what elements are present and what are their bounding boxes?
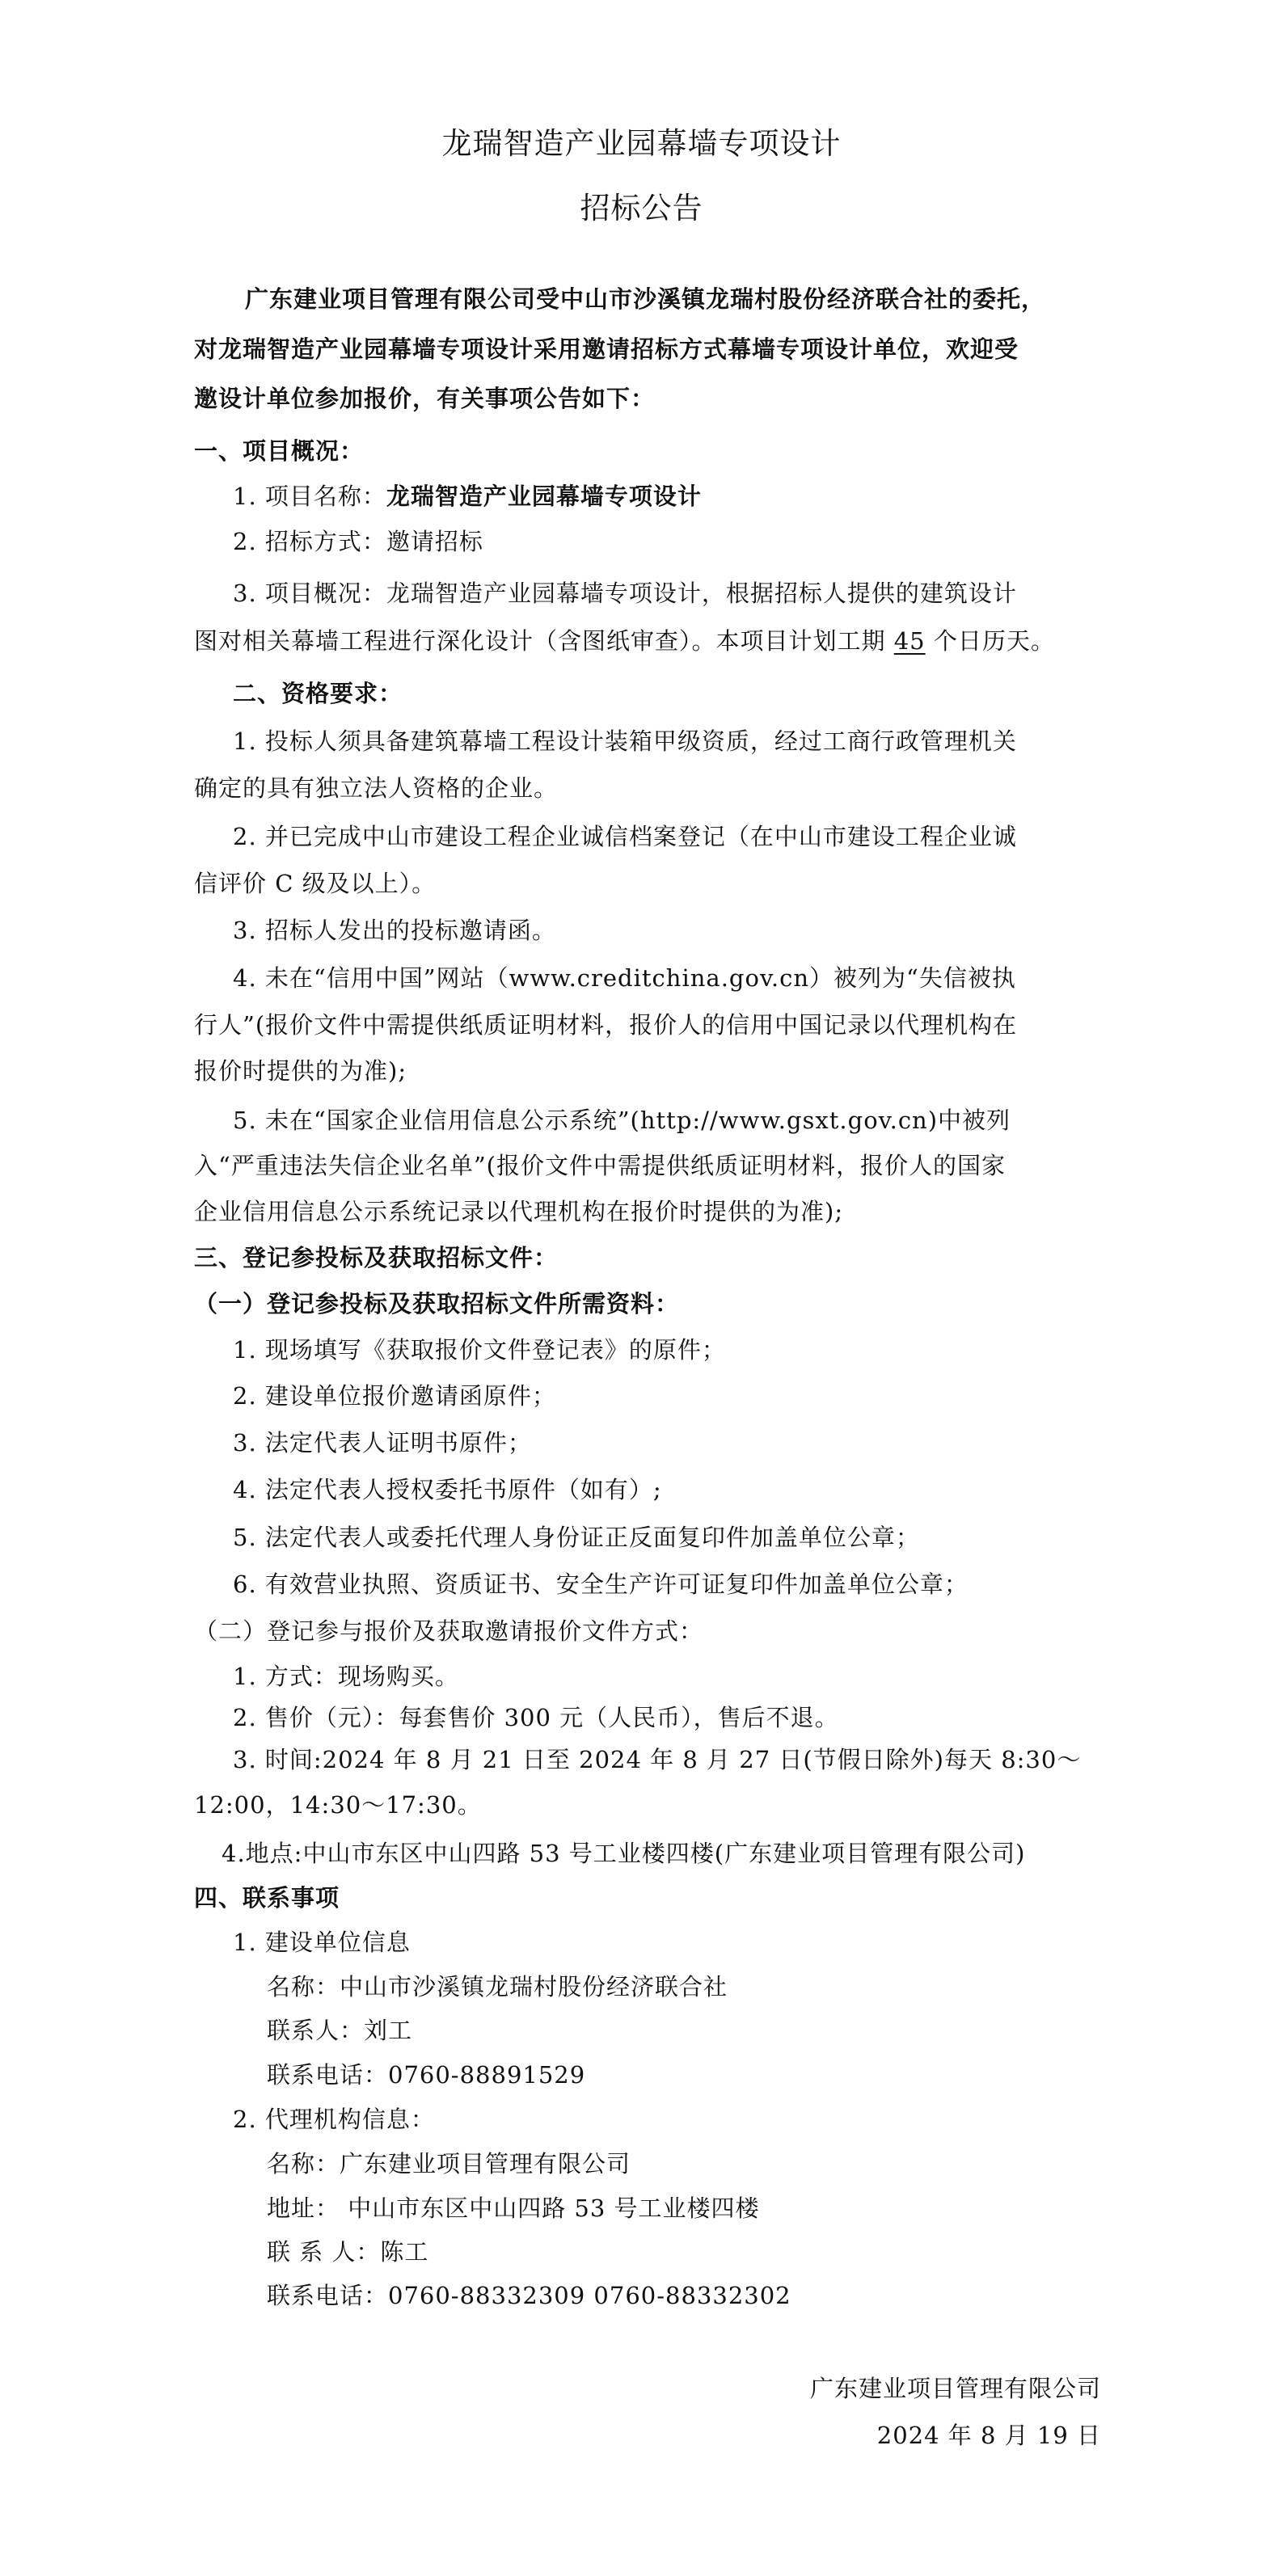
project-name-label: 1. 项目名称： bbox=[233, 483, 386, 510]
qual-line: 企业信用信息公示系统记录以代理机构在报价时提供的为准); bbox=[194, 1195, 843, 1228]
purchase-item: 1. 方式：现场购买。 bbox=[233, 1660, 459, 1693]
document-page: 龙瑞智造产业园幕墙专项设计 招标公告 广东建业项目管理有限公司受中山市沙溪镇龙瑞… bbox=[0, 0, 1283, 2576]
section-3-sub2-heading: （二）登记参与报价及获取邀请报价文件方式： bbox=[194, 1615, 703, 1647]
required-doc-item: 1. 现场填写《获取报价文件登记表》的原件； bbox=[233, 1334, 726, 1366]
required-doc-item: 5. 法定代表人或委托代理人身份证正反面复印件加盖单位公章； bbox=[233, 1521, 920, 1554]
intro-line-1: 广东建业项目管理有限公司受中山市沙溪镇龙瑞村股份经济联合社的委托， bbox=[245, 283, 1045, 315]
signature-date: 2024 年 8 月 19 日 bbox=[647, 2419, 1101, 2452]
purchase-item: 3. 时间:2024 年 8 月 21 日至 2024 年 8 月 27 日(节… bbox=[233, 1743, 1081, 1776]
qual-line: 3. 招标人发出的投标邀请函。 bbox=[233, 914, 556, 947]
project-name-value: 龙瑞智造产业园幕墙专项设计 bbox=[386, 483, 702, 510]
qual-line: 1. 投标人须具备建筑幕墙工程设计装箱甲级资质，经过工商行政管理机关 bbox=[233, 725, 1017, 757]
agent-contact: 联 系 人：陈工 bbox=[267, 2236, 428, 2268]
section-1-heading: 一、项目概况： bbox=[194, 435, 364, 467]
agent-address: 地址： 中山市东区中山四路 53 号工业楼四楼 bbox=[267, 2192, 760, 2224]
qual-line: 4. 未在“信用中国”网站（www.creditchina.gov.cn）被列为… bbox=[233, 962, 1016, 994]
qual-line: 2. 并已完成中山市建设工程企业诚信档案登记（在中山市建设工程企业诚 bbox=[233, 820, 1017, 853]
qual-line: 报价时提供的为准); bbox=[194, 1055, 407, 1087]
section-4-heading: 四、联系事项 bbox=[194, 1882, 340, 1914]
purchase-location: 4.地点:中山市东区中山四路 53 号工业楼四楼(广东建业项目管理有限公司) bbox=[222, 1837, 1025, 1870]
purchase-item: 2. 售价（元）：每套售价 300 元（人民币），售后不退。 bbox=[233, 1701, 839, 1734]
owner-info-heading: 1. 建设单位信息 bbox=[233, 1926, 411, 1958]
owner-name: 名称：中山市沙溪镇龙瑞村股份经济联合社 bbox=[267, 1971, 728, 2003]
agent-info-heading: 2. 代理机构信息： bbox=[233, 2103, 435, 2135]
required-doc-item: 4. 法定代表人授权委托书原件（如有）; bbox=[233, 1474, 662, 1506]
project-overview-line-1: 3. 项目概况：龙瑞智造产业园幕墙专项设计，根据招标人提供的建筑设计 bbox=[233, 577, 1017, 609]
qual-line: 入“严重违法失信企业名单”(报价文件中需提供纸质证明材料，报价人的国家 bbox=[194, 1149, 1006, 1182]
project-name-item: 1. 项目名称：龙瑞智造产业园幕墙专项设计 bbox=[233, 480, 702, 512]
required-doc-item: 3. 法定代表人证明书原件； bbox=[233, 1427, 532, 1459]
required-doc-item: 2. 建设单位报价邀请函原件； bbox=[233, 1380, 556, 1412]
qual-line: 确定的具有独立法人资格的企业。 bbox=[194, 772, 558, 804]
qual-line: 行人”(报价文件中需提供纸质证明材料，报价人的信用中国记录以代理机构在 bbox=[194, 1009, 1017, 1041]
owner-contact: 联系人：刘工 bbox=[267, 2014, 412, 2047]
bid-method-item: 2. 招标方式：邀请招标 bbox=[233, 525, 483, 558]
qual-line: 信评价 C 级及以上）。 bbox=[194, 867, 436, 900]
agent-phone: 联系电话：0760-88332309 0760-88332302 bbox=[267, 2279, 791, 2312]
project-overview-line-2: 图对相关幕墙工程进行深化设计（含图纸审查）。本项目计划工期 45 个日历天。 bbox=[194, 625, 1055, 657]
document-subtitle: 招标公告 bbox=[0, 189, 1283, 228]
owner-phone: 联系电话：0760-88891529 bbox=[267, 2059, 585, 2091]
document-title: 龙瑞智造产业园幕墙专项设计 bbox=[0, 124, 1283, 163]
qual-line: 5. 未在“国家企业信用信息公示系统”(http://www.gsxt.gov.… bbox=[233, 1104, 1011, 1136]
intro-line-3: 邀设计单位参加报价，有关事项公告如下： bbox=[194, 382, 655, 415]
signature-org: 广东建业项目管理有限公司 bbox=[647, 2372, 1101, 2405]
section-2-heading: 二、资格要求： bbox=[233, 677, 403, 710]
section-3-heading: 三、登记参投标及获取招标文件： bbox=[194, 1242, 558, 1274]
duration-days: 45 bbox=[894, 627, 926, 655]
section-3-sub1-heading: （一）登记参投标及获取招标文件所需资料： bbox=[194, 1288, 679, 1320]
required-doc-item: 6. 有效营业执照、资质证书、安全生产许可证复印件加盖单位公章； bbox=[233, 1568, 969, 1600]
purchase-item: 12:00，14:30～17:30。 bbox=[194, 1789, 482, 1821]
intro-line-2: 对龙瑞智造产业园幕墙专项设计采用邀请招标方式幕墙专项设计单位，欢迎受 bbox=[194, 333, 1019, 365]
agent-name: 名称：广东建业项目管理有限公司 bbox=[267, 2148, 631, 2180]
